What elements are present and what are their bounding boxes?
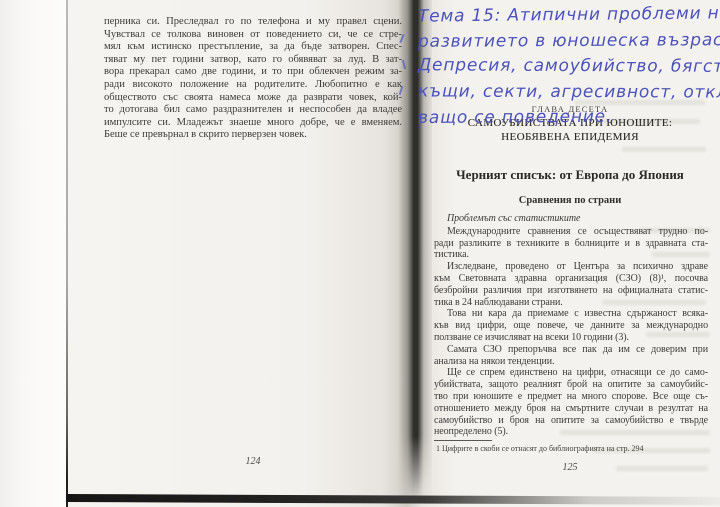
text-line: развитието в юношеска възраст.: [418, 28, 720, 55]
text-line: Чувствал се толкова виновен от поведение…: [104, 29, 402, 42]
book-scan: перника си. Преследвал го по телефона и …: [0, 0, 720, 507]
scanner-background: [0, 0, 67, 507]
text-line: къв вид цифри, още повече, че данните за…: [434, 320, 708, 332]
text-line: Депресия, самоубийство, бягство от: [418, 53, 720, 80]
text-line: Самата СЗО препоръчва все пак да им се д…: [434, 344, 708, 356]
footnote: 1 Цифрите в скоби се отнасят до библиогр…: [436, 444, 708, 453]
text-line: импулсите си. Младежът знаеше много добр…: [104, 117, 402, 130]
text-line: безбройни различия при изготвянето на оф…: [434, 285, 708, 297]
page-number-left: 124: [104, 456, 402, 467]
handwritten-annotation: Тема 15: Атипични проблеми наразвитието …: [418, 3, 720, 131]
text-line: ващо се поведение.: [418, 104, 720, 132]
text-line: перника си. Преследвал го по телефона и …: [104, 16, 402, 29]
bleed-through-mark: [622, 147, 706, 152]
text-line: Ще се спрем единствено на цифри, отнасящ…: [434, 367, 708, 379]
text-line: ползване се изчисляват на всеки 10 годин…: [434, 332, 708, 344]
paragraph: Това ни кара да приемаме с известна сдър…: [434, 308, 708, 343]
text-line: неопределено (5).: [434, 426, 708, 438]
text-line: ради високото положение на родителите. Л…: [104, 79, 402, 92]
paragraph-heading: Проблемът със статистиките: [434, 213, 708, 225]
text-line: анализа на някои тенденции.: [434, 356, 708, 368]
text-line: тистика.: [434, 249, 708, 261]
text-line: отношението между броя на смъртните случ…: [434, 403, 708, 415]
text-line: вора прекарал само две години, и то при …: [104, 66, 402, 79]
text-line: тика в 24 наблюдавани страни.: [434, 297, 708, 309]
left-page-paragraph: перника си. Преследвал го по телефона и …: [104, 16, 402, 142]
subsection-title: Сравнения по страни: [434, 195, 706, 206]
text-line: ради разликите в техниките в болниците и…: [434, 238, 708, 250]
text-line: Изследване, проведено от Центъра за псих…: [434, 261, 708, 273]
text-line: убийствата, защото реалният брой на опит…: [434, 379, 708, 391]
page-edge-line: [66, 0, 68, 507]
footnote-divider: [434, 440, 492, 441]
paragraph: Ще се спрем единствено на цифри, отнасящ…: [434, 367, 708, 438]
text-line: то дотогава бил само раздразнителен и не…: [104, 104, 402, 117]
text-line: къщи, секти, агресивност, отклоня-: [418, 79, 720, 106]
section-title: Черният списък: от Европа до Япония: [434, 167, 706, 183]
paragraph: Изследване, проведено от Центъра за псих…: [434, 261, 708, 308]
text-line: тво при юношите е предмет на много споро…: [434, 391, 708, 403]
text-line: към Световната здравна организация (СЗО)…: [434, 273, 708, 285]
text-line: Беше се превърнал в скрито перверзен чов…: [104, 129, 402, 142]
text-line: Международните сравнения се осъществяват…: [434, 226, 708, 238]
page-number-right: 125: [434, 462, 706, 473]
paragraph: Самата СЗО препоръчва все пак да им се д…: [434, 344, 708, 368]
chapter-title-line2: НЕОБЯВЕНА ЕПИДЕМИЯ: [430, 131, 710, 145]
text-line: Тема 15: Атипични проблеми на: [418, 1, 720, 30]
text-line: Това ни кара да приемаме с известна сдър…: [434, 308, 708, 320]
paragraph: Международните сравнения се осъществяват…: [434, 226, 708, 261]
text-line: обществото със своята намеса може да раз…: [104, 92, 402, 105]
text-line: самоубийство и броя на опитите за самоуб…: [434, 415, 708, 427]
text-line: мял към истинско престъпление, за да бъд…: [104, 41, 402, 54]
text-line: тяват му пет години затвор, като го обяв…: [104, 54, 402, 67]
right-page-body: Проблемът със статистиките Международнит…: [434, 213, 708, 438]
